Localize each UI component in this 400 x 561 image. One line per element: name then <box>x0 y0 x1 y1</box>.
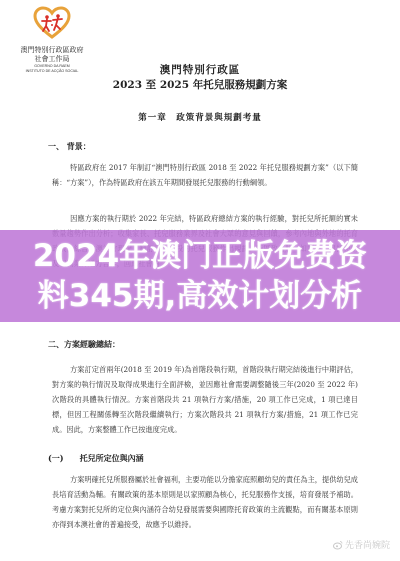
heart-logo-icon <box>32 6 72 40</box>
banner-headline-line1: 2024年澳门正版免费资 <box>0 236 400 276</box>
document-title-line1: 澳門特別行政區 <box>0 62 400 77</box>
paragraph-text: 方案訂定首兩年(2018 至 2019 年)為首階段執行期，首階段執行期完結後進… <box>52 365 358 434</box>
weibo-icon <box>333 540 343 550</box>
paragraph-text: 特區政府在 2017 年制訂“澳門特別行政區 2018 至 2022 年托兒服務… <box>52 163 358 187</box>
watermark-text: 先香尚婉院 <box>345 538 390 551</box>
section-heading-summary: 二、方案經驗總結： <box>48 339 120 350</box>
weibo-watermark: 先香尚婉院 <box>333 538 390 551</box>
paragraph-positioning: 方案明確托兒所服務屬於社會福利，主要功能以分擔家庭照顧幼兒的責任為主，提供幼兒成… <box>52 472 358 532</box>
document-title-line2: 2023 至 2025 年托兒服務規劃方案 <box>0 77 400 92</box>
paragraph-summary: 方案訂定首兩年(2018 至 2019 年)為首階段執行期，首階段執行期完結後進… <box>52 362 358 437</box>
paragraph-text: 方案明確托兒所服務屬於社會福利，主要功能以分擔家庭照顧幼兒的責任為主，提供幼兒成… <box>52 475 358 529</box>
promo-banner-overlay: 2024年澳门正版免费资 料345期,高效计划分析 <box>0 230 400 322</box>
section-heading-background: 一、 背景： <box>48 141 91 152</box>
subsection-heading-positioning: (一) 托兒所定位與內涵 <box>48 453 144 464</box>
chapter-heading: 第一章 政策背景與規劃考量 <box>0 111 400 123</box>
banner-headline-line2: 料345期,高效计划分析 <box>0 276 400 316</box>
document-page: 澳門特別行政區政府 社會工作局 GOVERNO DA RAEM INSTITUT… <box>0 0 400 561</box>
paragraph-background-1: 特區政府在 2017 年制訂“澳門特別行政區 2018 至 2022 年托兒服務… <box>52 160 358 190</box>
logo-text-government: 澳門特別行政區政府 <box>14 46 90 55</box>
